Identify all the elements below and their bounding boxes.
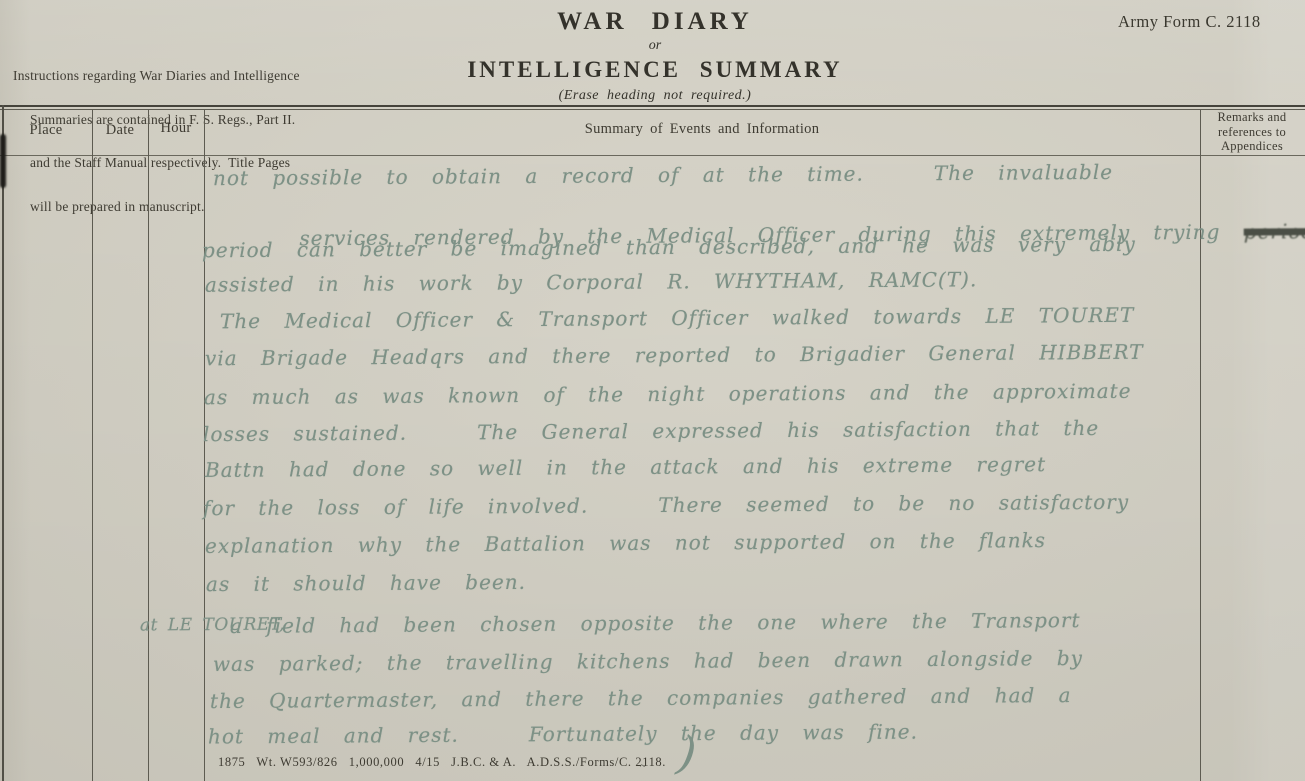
remarks-header-line: references to xyxy=(1201,125,1303,140)
spacer xyxy=(1220,220,1244,244)
pen-mark: ~ xyxy=(640,760,645,772)
remarks-header-line: Remarks and xyxy=(1201,110,1303,125)
handwritten-line: was parked; the travelling kitchens had … xyxy=(213,646,1083,676)
date-column-divider xyxy=(148,109,149,781)
army-form-number: Army Form C. 2118 xyxy=(1118,12,1261,32)
column-header-remarks: Remarks and references to Appendices xyxy=(1201,110,1303,154)
column-header-hour: Hour xyxy=(148,120,204,137)
handwritten-line: the Quartermaster, and there the compani… xyxy=(210,683,1072,713)
form-title-sub: INTELLIGENCE SUMMARY xyxy=(430,57,880,83)
form-title-note: (Erase heading not required.) xyxy=(430,88,880,104)
handwritten-line: as it should have been. xyxy=(206,570,526,596)
header-bottom-rule xyxy=(0,155,1305,156)
form-title-main: WAR DIARY xyxy=(430,8,880,36)
handwritten-line: The Medical Officer & Transport Officer … xyxy=(220,303,1134,333)
handwritten-line: for the loss of life involved. There see… xyxy=(203,490,1129,520)
left-border-line xyxy=(2,105,4,781)
column-header-place: Place xyxy=(0,122,92,139)
handwritten-line: a field had been chosen opposite the one… xyxy=(230,608,1081,638)
handwritten-line: explanation why the Battalion was not su… xyxy=(205,528,1046,558)
handwritten-line: not possible to obtain a record of at th… xyxy=(213,160,1113,190)
handwritten-line: losses sustained. The General expressed … xyxy=(203,416,1099,446)
handwritten-line: via Brigade Headqrs and there reported t… xyxy=(205,340,1144,371)
table-top-rule-inner xyxy=(0,109,1305,110)
form-title-or: or xyxy=(430,38,880,54)
ink-smudge xyxy=(0,134,6,188)
handwritten-line: assisted in his work by Corporal R. WHYT… xyxy=(205,267,977,296)
instructions-line: Instructions regarding War Diaries and I… xyxy=(13,69,343,84)
remarks-header-line: Appendices xyxy=(1201,139,1303,154)
table-top-rule xyxy=(0,105,1305,107)
column-header-summary: Summary of Events and Information xyxy=(204,121,1200,138)
war-diary-page: Instructions regarding War Diaries and I… xyxy=(0,0,1305,781)
column-header-date: Date xyxy=(92,122,148,139)
place-column-divider xyxy=(92,109,93,781)
handwritten-line: Battn had done so well in the attack and… xyxy=(205,452,1046,482)
struck-out-word: period xyxy=(1244,219,1305,243)
print-footer: 1875 Wt. W593/826 1,000,000 4/15 J.B.C. … xyxy=(218,755,666,770)
form-title-block: WAR DIARY or INTELLIGENCE SUMMARY (Erase… xyxy=(430,8,880,104)
handwritten-line: hot meal and rest. Fortunately the day w… xyxy=(208,720,918,749)
handwritten-line: as much as was known of the night operat… xyxy=(204,379,1132,409)
